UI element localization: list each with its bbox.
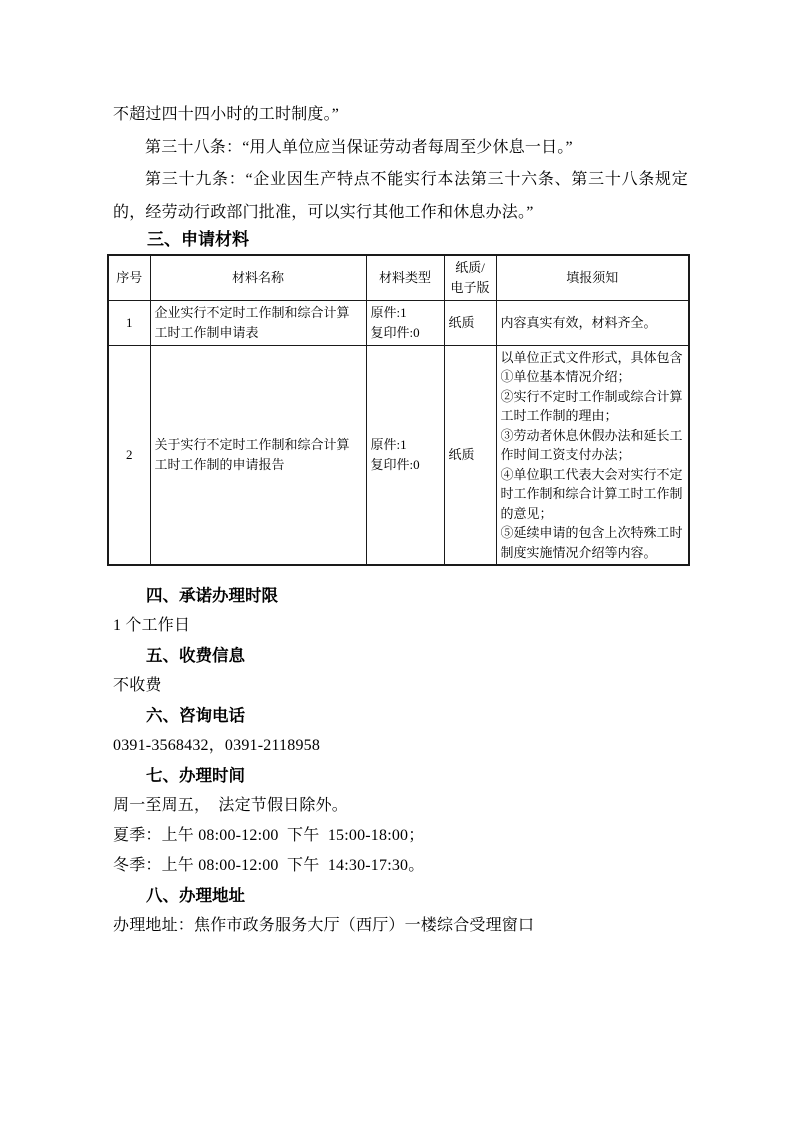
section-heading-fee-information: 五、收费信息 — [113, 641, 688, 671]
office-hours-winter: 冬季：上午 08:00-12:00 下午 14:30-17:30。 — [113, 851, 688, 881]
column-header-paper-or-electronic: 纸质/ 电子版 — [444, 255, 496, 300]
section-heading-office-hours: 七、办理时间 — [113, 761, 688, 791]
row1-material-type: 原件:1 复印件:0 — [366, 300, 444, 345]
section-heading-application-materials: 三、申请材料 — [113, 229, 688, 251]
column-header-material-name: 材料名称 — [150, 255, 366, 300]
document-content: 不超过四十四小时的工时制度。” 第三十八条：“用人单位应当保证劳动者每周至少休息… — [113, 0, 688, 941]
row2-material-name: 关于实行不定时工作制和综合计算工时工作制的申请报告 — [150, 345, 366, 565]
row1-material-name: 企业实行不定时工作制和综合计算工时工作制申请表 — [150, 300, 366, 345]
section-heading-processing-time-limit: 四、承诺办理时限 — [113, 581, 688, 611]
materials-table-header-row: 序号 材料名称 材料类型 纸质/ 电子版 填报须知 — [108, 255, 689, 300]
section-heading-consultation-phone: 六、咨询电话 — [113, 701, 688, 731]
processing-time-limit-value: 1 个工作日 — [113, 611, 688, 641]
row2-filing-notes: 以单位正式文件形式，具体包含 ①单位基本情况介绍； ②实行不定时工作制或综合计算… — [496, 345, 689, 565]
document-page: 不超过四十四小时的工时制度。” 第三十八条：“用人单位应当保证劳动者每周至少休息… — [0, 0, 793, 1122]
row2-material-type: 原件:1 复印件:0 — [366, 345, 444, 565]
materials-table-row-2: 2 关于实行不定时工作制和综合计算工时工作制的申请报告 原件:1 复印件:0 纸… — [108, 345, 689, 565]
office-hours-summer: 夏季：上午 08:00-12:00 下午 15:00-18:00； — [113, 821, 688, 851]
intro-article-38: 第三十八条：“用人单位应当保证劳动者每周至少休息一日。” — [113, 132, 688, 165]
column-header-filing-notes: 填报须知 — [496, 255, 689, 300]
column-header-serial-number: 序号 — [108, 255, 150, 300]
row1-serial-number: 1 — [108, 300, 150, 345]
intro-article-39: 第三十九条：“企业因生产特点不能实行本法第三十六条、第三十八条规定的，经劳动行政… — [113, 164, 688, 229]
fee-information-value: 不收费 — [113, 671, 688, 701]
row2-paper-or-electronic: 纸质 — [444, 345, 496, 565]
row1-filing-notes: 内容真实有效，材料齐全。 — [496, 300, 689, 345]
consultation-phone-numbers: 0391-3568432，0391-2118958 — [113, 731, 688, 761]
column-header-material-type: 材料类型 — [366, 255, 444, 300]
row1-paper-or-electronic: 纸质 — [444, 300, 496, 345]
office-hours-weekdays: 周一至周五， 法定节假日除外。 — [113, 791, 688, 821]
application-materials-table: 序号 材料名称 材料类型 纸质/ 电子版 填报须知 1 企业实行不定时工作制和综… — [107, 254, 690, 566]
section-heading-office-address: 八、办理地址 — [113, 881, 688, 911]
row2-serial-number: 2 — [108, 345, 150, 565]
materials-table-row-1: 1 企业实行不定时工作制和综合计算工时工作制申请表 原件:1 复印件:0 纸质 … — [108, 300, 689, 345]
intro-continuation-line: 不超过四十四小时的工时制度。” — [113, 99, 688, 132]
office-address-value: 办理地址：焦作市政务服务大厅（西厅）一楼综合受理窗口 — [113, 911, 688, 941]
